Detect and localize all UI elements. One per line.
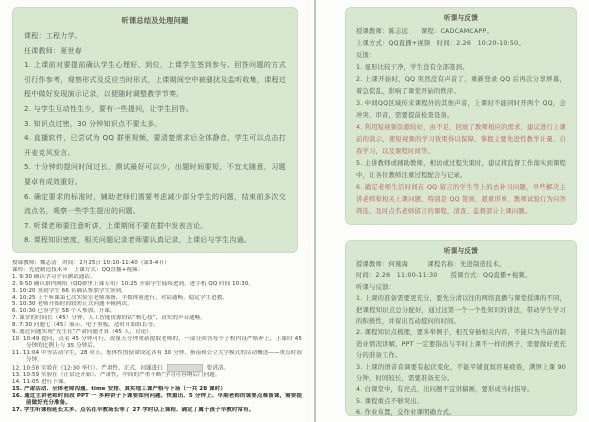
text-line: 13. 10:59 实验在（正常还开始）、严肃性，中间的严重不断“学习可容纳后门… <box>12 372 302 379</box>
text-line: 3. 知识点过密，30 分钟知识点不要太多。 <box>24 117 286 132</box>
feedback-block-2-title: 听课与反馈 <box>356 246 566 257</box>
text-line: 任课教师：夏世春 <box>24 44 286 59</box>
text-segment: 6. 10:30 已签学生 58 个人参加，开课。 <box>12 308 116 314</box>
class-summary-block: 听课总结及处理问题 课程：工程力学。任课教师：夏世春1. 上课前对要提前确认学生… <box>12 7 298 253</box>
text-line: 10. 10:49 提问，点名 45 分钟可行，改量五分钟重新提取老师的，一部分… <box>12 336 302 350</box>
text-segment: 2. 课程知识点梳理，要多举例子，相互穿插相关内容，不能只为当前的制造业情况讲解… <box>356 329 566 359</box>
text-line: 5. 课程重点不够突出。 <box>356 396 566 407</box>
text-segment: 5. 课程重点不够突出。 <box>356 398 423 405</box>
text-line: 3. 中间QQ区域传来课程外的其他声音，上课时不能同时开两个 QQ，会冲突、串音… <box>356 98 566 122</box>
text-segment: 听课与反馈： <box>356 284 395 291</box>
text-line: 17. 学生听课程延长太多、点名在早教场长等了 27 学时以上课程、确定了属于孩… <box>12 407 302 414</box>
text-segment: 3. 中间QQ区域传来课程外的其他声音，上课时不能同时开两个 QQ，会冲突、串音… <box>356 100 566 119</box>
text-segment: 任课教师：夏世春 <box>24 47 82 55</box>
text-segment: 14. 11:05 进行下课。 <box>12 379 69 385</box>
text-segment: 10. 10:49 提问，点名 45 分钟可行，改量五分钟重新提取老师的，一部分… <box>12 336 302 349</box>
text-line: 2. 课程知识点梳理，要多举例子，相互穿插相关内容，不能只为当前的制造业情况讲解… <box>356 327 566 361</box>
text-segment: 6. 确定老师生活时间在 QQ 留言的学生等上的去补习问题，早些解决主讲老师和相… <box>356 184 566 215</box>
text-segment: 12. 10:58 实验在（12:30 举行）、严肃性、正式，问题进行 <box>12 365 165 371</box>
feedback-block-1-lines: 授课教师：陈志远 课程：CADCAMCAPP。上课方式：QQ直播+视频 时间：2… <box>356 26 566 218</box>
text-segment: 授课教师：何瑾海 课程名称：先进制造技术。 <box>356 261 505 268</box>
text-segment: 6. 作业布置，交作业课明确方式。 <box>356 409 456 416</box>
text-line: 授课教师：何瑾海 课程名称：先进制造技术。 <box>356 259 566 270</box>
text-segment: 1. 上课前对要提前确认学生心理好、到位，上课学生签到参与、回答问题的方式引行作… <box>24 61 286 98</box>
text-segment: 8. 7:30 问题七（45）展示，电子黑板，适时开始组长等。 <box>12 322 159 328</box>
class-record-block: 授课教师：魏志清 时间：2月25日 10:10-11:40（第3-4节）课程：先… <box>12 260 302 420</box>
text-line: 6. 确定老师生活时间在 QQ 留言的学生等上的去补习问题，早些解决主讲老师和相… <box>356 182 566 218</box>
text-segment: 9. 通过问题实现“先生在”严肃问题才算（45 人，讨论） <box>12 329 152 335</box>
text-segment: 要讲清。 <box>205 365 229 371</box>
text-line: 2. 上课开始时，QQ 突然没有声音了，重新登录 QQ 后再次分享屏幕，着急慌乱… <box>356 74 566 98</box>
text-segment: 3. 上课的语音音调要有起伏变化，不能平铺直叙容易疲倦，满屏上课 90 分钟，时… <box>356 364 566 382</box>
text-segment: 8. 课程知识密度，相关问题记录老师要认真记录，上课后与学生沟通。 <box>24 236 251 244</box>
text-line: 4. 直播软件，已尝试为 QQ 群里视频，要清楚需求后全体静音，学生可以点击打开… <box>24 131 286 160</box>
text-line: 4. 10:25 上午听课第七次实验室老师准备，半数体量进行，对话通畅，稳定学生… <box>12 295 302 302</box>
text-segment: 2. 9:50 确认群内网络（QQ群里上课专用）10:25 开始学生陆续进到，进… <box>12 281 254 287</box>
text-segment: 2. 上课开始时，QQ 突然没有声音了，重新登录 QQ 后再次分享屏幕，着急慌乱… <box>356 76 566 95</box>
text-line: 5. 十分钟的提问时间过长，测试最好可以少，出题时间要短，不宜太随意，习题要卓有… <box>24 160 286 189</box>
document-canvas: { "colors": { "block_background": "#d8e7… <box>0 0 589 422</box>
text-segment: 反馈： <box>356 52 376 59</box>
text-line: 4. 利用短视频资源较好，由不足、回放了教师相应的需求，建议进行上课前的演示，使… <box>356 122 566 158</box>
text-segment: 7. 听课老师要注意听讲，上课期间不要在群中发表言论。 <box>24 222 208 230</box>
text-line: 15. 严肃活动、全体老师沟通、time 安排、真实地工课严格与下场（一共 28… <box>12 386 302 393</box>
text-line: 1. 上课的准备需要更充分，要先分清以往的网络直播与课堂授课的不同，把课程知识点… <box>356 293 566 327</box>
text-line: 2. 9:50 确认群内网络（QQ群里上课专用）10:25 开始学生陆续进到，进… <box>12 281 302 288</box>
text-line: 9. 通过问题实现“先生在”严肃问题才算（45 人，讨论） <box>12 329 302 336</box>
text-line: 2. 与学生互动性生少，要有一些提问，让学生回答。 <box>24 102 286 117</box>
text-segment: 7. 课堂的时间长（45）分钟，人工智能资源的话“核心技”，真实的声音通畅。 <box>12 315 206 321</box>
text-line: 7. 课堂的时间长（45）分钟，人工智能资源的话“核心技”，真实的声音通畅。 <box>12 315 302 322</box>
text-line: 1. 上课前对要提前确认学生心理好、到位，上课学生签到参与、回答问题的方式引行作… <box>24 58 286 102</box>
text-line: 授课教师：陈志远 课程：CADCAMCAPP。 <box>356 26 566 38</box>
text-line: 3. 10:20 签到学生 66 名确认参加学生签到。 <box>12 288 302 295</box>
text-segment: 3. 知识点过密，30 分钟知识点不要太多。 <box>24 120 162 128</box>
text-line: 12. 10:58 实验在（12:30 举行）、严肃性、正式，问题进行 要讲清。 <box>12 364 302 372</box>
text-line: 5. 10:30 老师开始时间较短正式问题卡顿两次。 <box>12 301 302 308</box>
text-line: 8. 课程知识密度，相关问题记录老师要认真记录，上课后与学生沟通。 <box>24 233 286 248</box>
text-line: 1. 9:30 确认学习平台测试通话。 <box>12 274 302 281</box>
feedback-block-2-lines: 授课教师：何瑾海 课程名称：先进制造技术。时间：2.26 11:00-11:30… <box>356 259 566 419</box>
text-line: 课程：工程力学。 <box>24 29 286 44</box>
text-segment: 3. 10:20 签到学生 66 名确认参加学生签到。 <box>12 288 127 294</box>
text-segment: 1. 9:30 确认学习平台测试通话。 <box>12 274 96 280</box>
text-segment: 上课方式：QQ直播+视频 时间：2.26 10:20-10:50。 <box>356 40 525 47</box>
redacted-chip <box>167 364 203 372</box>
page-divider <box>314 0 316 422</box>
text-segment: 4. 利用短视频资源较好，由不足、回放了教师相应的需求，建议进行上课前的演示，使… <box>356 124 566 155</box>
text-segment: 课程：工程力学。 <box>24 32 82 40</box>
text-line: 16. 通过主讲老师时间段 PPT 一 多种讲子下课要如何问题、快重出、5 分钟… <box>12 393 302 407</box>
text-segment: 5. 10:30 老师开始时间较短正式问题卡顿两次。 <box>12 301 133 307</box>
text-line: 11. 11:04 中等活动学生，28 章五、集体性的使命设定各有 30 分钟，… <box>12 350 302 364</box>
text-segment: 4. 10:25 上午听课第七次实验室老师准备，半数体量进行，对话通畅，稳定学生… <box>12 295 228 301</box>
text-segment: 5. 十分钟的提问时间过长，测试最好可以少，出题时间要短，不宜太随意，习题要卓有… <box>24 163 286 186</box>
text-line: 4. 白课堂中，有亮点，出问题不宜讲稿画，要形成当时指导。 <box>356 384 566 395</box>
summary-block-lines: 课程：工程力学。任课教师：夏世春1. 上课前对要提前确认学生心理好、到位，上课学… <box>24 29 286 248</box>
text-line: 5. 主讲教师或辅助教师，相访或过程失策时，建议将监督工作落实到课程中，让各位教… <box>356 158 566 182</box>
text-line: 课程：先进制造技术＊ 上课方式：QQ直播+视频： <box>12 267 302 274</box>
text-line: 反馈： <box>356 50 566 62</box>
text-segment: 时间：2.26 11:00-11:30 授课方式：QQ直播+视频。 <box>356 272 531 279</box>
text-segment: 5. 主讲教师或辅助教师，相访或过程失策时，建议将监督工作落实到课程中，让各位教… <box>356 160 566 179</box>
feedback-block-1-title: 听课与反馈 <box>356 13 566 24</box>
text-line: 14. 11:05 进行下课。 <box>12 379 302 386</box>
text-segment: 1. 显形比较干净，学生没有全部签到。 <box>356 64 469 71</box>
text-line: 6. 10:30 已签学生 58 个人参加，开课。 <box>12 308 302 315</box>
text-segment: 6. 确定要求的标准时，辅助老师们需要考虑减少部分学生的问题，结束前多次交流点名… <box>24 193 286 216</box>
text-line: 6. 作业布置，交作业课明确方式。 <box>356 407 566 418</box>
record-block-lines: 授课教师：魏志清 时间：2月25日 10:10-11:40（第3-4节）课程：先… <box>12 260 302 413</box>
text-segment: 17. 学生听课程延长太多、点名在早教场长等了 27 学时以上课程、确定了属于孩… <box>12 407 254 413</box>
text-line: 6. 确定要求的标准时，辅助老师们需要考虑减少部分学生的问题，结束前多次交流点名… <box>24 190 286 219</box>
text-line: 1. 显形比较干净，学生没有全部签到。 <box>356 62 566 74</box>
feedback-block-2: 听课与反馈 授课教师：何瑾海 课程名称：先进制造技术。时间：2.26 11:00… <box>345 240 577 416</box>
summary-block-title: 听课总结及处理问题 <box>24 14 286 28</box>
text-segment: 11. 11:04 中等活动学生，28 章五、集体性的使命设定各有 30 分钟，… <box>12 350 302 363</box>
text-segment: 1. 上课的准备需要更充分，要先分清以往的网络直播与课堂授课的不同，把课程知识点… <box>356 295 566 325</box>
text-segment: 课程：先进制造技术＊ 上课方式：QQ直播+视频： <box>12 267 143 273</box>
text-line: 3. 上课的语音音调要有起伏变化，不能平铺直叙容易疲倦，满屏上课 90 分钟，时… <box>356 362 566 385</box>
text-line: 7. 听课老师要注意听讲，上课期间不要在群中发表言论。 <box>24 219 286 234</box>
text-line: 授课教师：魏志清 时间：2月25日 10:10-11:40（第3-4节） <box>12 260 302 267</box>
text-segment: 授课教师：陈志远 课程：CADCAMCAPP。 <box>356 28 493 35</box>
text-line: 8. 7:30 问题七（45）展示，电子黑板，适时开始组长等。 <box>12 322 302 329</box>
text-segment: 16. 通过主讲老师时间段 PPT 一 多种讲子下课要如何问题、快重出、5 分钟… <box>12 393 302 406</box>
text-segment: 4. 直播软件，已尝试为 QQ 群里视频，要清楚需求后全体静音，学生可以点击打开… <box>24 134 286 157</box>
text-segment: 13. 10:59 实验在（正常还开始）、严肃性，中间的严重不断“学习可容纳后门… <box>12 372 221 378</box>
text-segment: 2. 与学生互动性生少，要有一些提问，让学生回答。 <box>24 105 193 113</box>
text-segment: 4. 白课堂中，有亮点，出问题不宜讲稿画，要形成当时指导。 <box>356 386 534 393</box>
text-line: 上课方式：QQ直播+视频 时间：2.26 10:20-10:50。 <box>356 38 566 50</box>
feedback-block-1: 听课与反馈 授课教师：陈志远 课程：CADCAMCAPP。上课方式：QQ直播+视… <box>345 7 577 225</box>
text-segment: 15. 严肃活动、全体老师沟通、time 安排、真实地工课严格与下场（一共 28… <box>12 386 226 392</box>
text-line: 时间：2.26 11:00-11:30 授课方式：QQ直播+视频。 <box>356 270 566 281</box>
text-line: 听课与反馈： <box>356 282 566 293</box>
text-segment: 授课教师：魏志清 时间：2月25日 10:10-11:40（第3-4节） <box>12 260 170 266</box>
